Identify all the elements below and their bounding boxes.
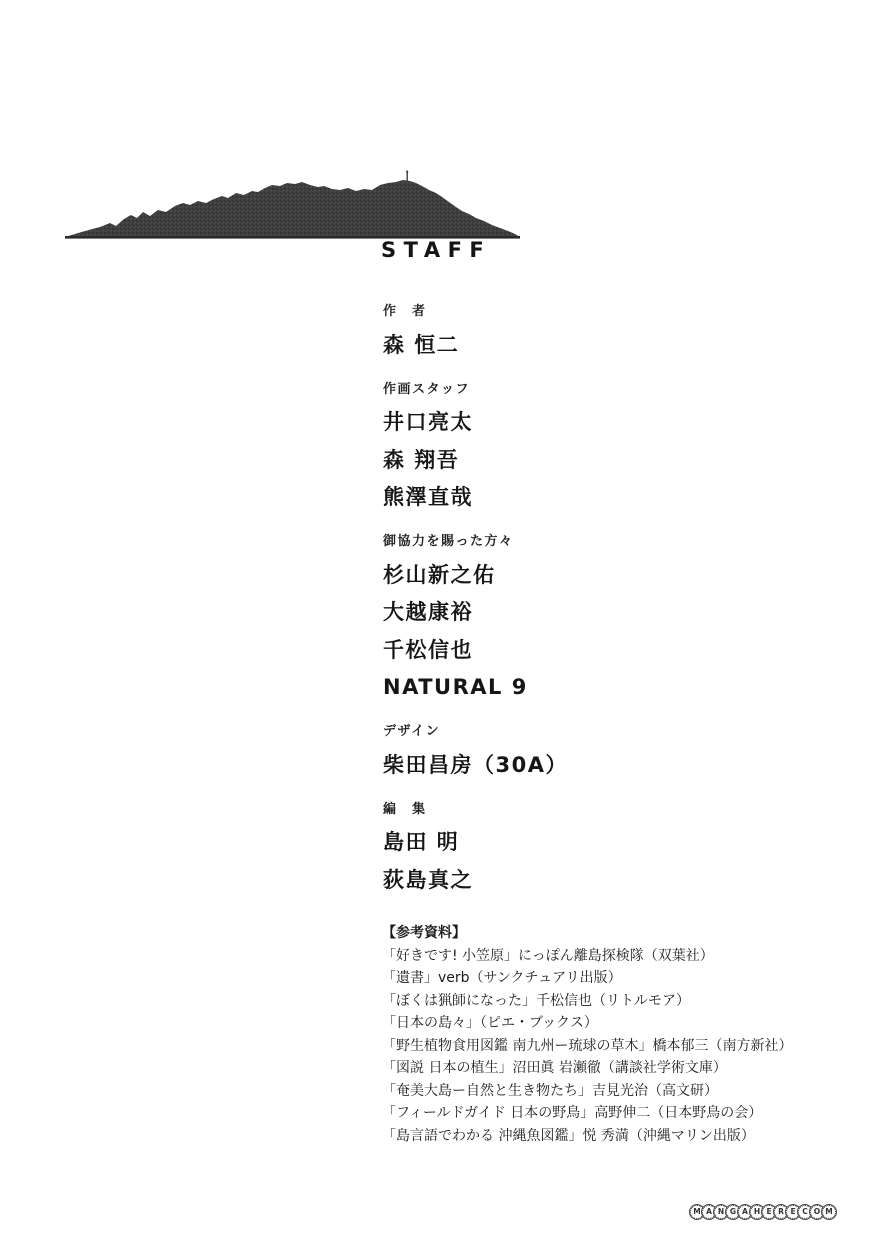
reference-item: 「日本の島々」（ピエ・ブックス） — [382, 1016, 822, 1030]
credit-person-name: 熊澤直哉 — [383, 487, 803, 508]
credit-person-name: 柴田昌房（30A） — [383, 755, 803, 776]
credit-person-name: 井口亮太 — [383, 412, 803, 433]
mountain-ridge — [65, 180, 520, 237]
credit-group-cooperation: 御協力を賜った方々 杉山新之佑 大越康裕 千松信也 NATURAL 9 — [383, 535, 803, 698]
site-watermark: M A N G A H E R E C O M — [690, 1205, 836, 1219]
credit-person-name: 荻島真之 — [383, 870, 803, 891]
credit-group-art-staff: 作画スタッフ 井口亮太 森 翔吾 熊澤直哉 — [383, 383, 803, 509]
credit-group-editing: 編 集 島田 明 荻島真之 — [383, 803, 803, 891]
credit-role-label: 作画スタッフ — [383, 383, 803, 396]
reference-item: 「好きです! 小笠原」にっぽん離島探検隊（双葉社） — [382, 949, 822, 963]
summit-antenna-icon — [407, 172, 408, 181]
credit-role-label: 作 者 — [383, 305, 803, 318]
credit-group-author: 作 者 森 恒二 — [383, 305, 803, 356]
credit-person-name: 杉山新之佑 — [383, 565, 803, 586]
credit-person-name: 森 翔吾 — [383, 450, 803, 471]
credit-person-name: 島田 明 — [383, 832, 803, 853]
reference-item: 「図説 日本の植生」沼田眞 岩瀬徹（講談社学術文庫） — [382, 1061, 822, 1075]
references-header: 【参考資料】 — [382, 926, 822, 940]
summit-antenna-tip — [406, 171, 408, 173]
watermark-letter-badge: M — [822, 1205, 836, 1219]
credit-person-name: 森 恒二 — [383, 335, 803, 356]
page-title: STAFF — [381, 240, 491, 261]
manga-staff-page: STAFF 作 者 森 恒二 作画スタッフ 井口亮太 森 翔吾 熊澤直哉 御協力… — [0, 0, 869, 1238]
credit-person-name: NATURAL 9 — [383, 677, 803, 698]
reference-item: 「野生植物食用図鑑 南九州ー琉球の草木」橋本郁三（南方新社） — [382, 1039, 822, 1053]
credit-role-label: 編 集 — [383, 803, 803, 816]
reference-item: 「フィールドガイド 日本の野鳥」高野伸二（日本野鳥の会） — [382, 1106, 822, 1120]
references-section: 【参考資料】 「好きです! 小笠原」にっぽん離島探検隊（双葉社） 「遺書」ver… — [382, 926, 822, 1143]
mountain-silhouette-svg — [62, 167, 522, 241]
reference-item: 「ぼくは猟師になった」千松信也（リトルモア） — [382, 994, 822, 1008]
reference-item: 「遺書」verb（サンクチュアリ出版） — [382, 971, 822, 985]
credits-list: 作 者 森 恒二 作画スタッフ 井口亮太 森 翔吾 熊澤直哉 御協力を賜った方々… — [383, 305, 803, 891]
reference-item: 「奄美大島ー自然と生き物たち」吉見光治（高文研） — [382, 1084, 822, 1098]
credit-role-label: デザイン — [383, 725, 803, 738]
reference-item: 「島言語でわかる 沖縄魚図鑑」悦 秀満（沖縄マリン出版） — [382, 1129, 822, 1143]
mountain-artwork — [62, 167, 522, 241]
credit-group-design: デザイン 柴田昌房（30A） — [383, 725, 803, 776]
credit-person-name: 大越康裕 — [383, 602, 803, 623]
credit-person-name: 千松信也 — [383, 640, 803, 661]
credit-role-label: 御協力を賜った方々 — [383, 535, 803, 548]
